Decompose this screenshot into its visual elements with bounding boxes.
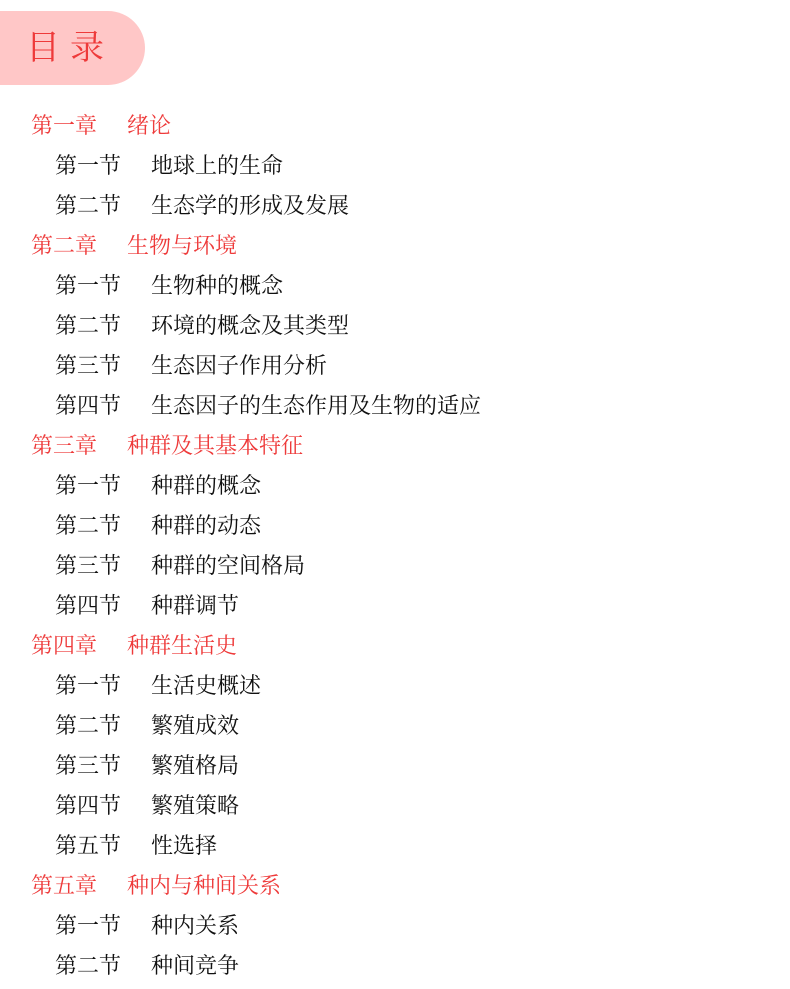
section-number: 第一节	[55, 667, 151, 707]
section-title: 种间竞争	[151, 954, 239, 979]
section-number: 第二节	[55, 307, 151, 347]
chapter-number: 第五章	[31, 867, 127, 907]
section-number: 第五节	[55, 827, 151, 867]
toc-chapter-3[interactable]: 第三章种群及其基本特征	[0, 427, 790, 467]
section-number: 第一节	[55, 267, 151, 307]
toc-section[interactable]: 第一节生活史概述	[0, 667, 790, 707]
chapter-title: 种群生活史	[127, 634, 237, 659]
section-number: 第二节	[55, 187, 151, 227]
toc-section[interactable]: 第三节繁殖格局	[0, 747, 790, 787]
toc-section[interactable]: 第二节生态学的形成及发展	[0, 187, 790, 227]
section-number: 第四节	[55, 587, 151, 627]
section-number: 第四节	[55, 387, 151, 427]
chapter-title: 绪论	[127, 114, 171, 139]
toc-section[interactable]: 第三节生态因子作用分析	[0, 347, 790, 387]
toc-section[interactable]: 第一节生物种的概念	[0, 267, 790, 307]
section-title: 种群调节	[151, 594, 239, 619]
toc-section[interactable]: 第一节种群的概念	[0, 467, 790, 507]
section-title: 环境的概念及其类型	[151, 314, 349, 339]
chapter-number: 第三章	[31, 427, 127, 467]
section-title: 生态因子作用分析	[151, 354, 327, 379]
chapter-title: 种内与种间关系	[127, 874, 281, 899]
toc-section[interactable]: 第二节繁殖成效	[0, 707, 790, 747]
toc-section[interactable]: 第二节种间竞争	[0, 947, 790, 987]
toc-section[interactable]: 第二节环境的概念及其类型	[0, 307, 790, 347]
chapter-number: 第二章	[31, 227, 127, 267]
toc-section[interactable]: 第一节种内关系	[0, 907, 790, 947]
section-number: 第一节	[55, 467, 151, 507]
section-number: 第二节	[55, 947, 151, 987]
chapter-number: 第四章	[31, 627, 127, 667]
toc-section[interactable]: 第四节种群调节	[0, 587, 790, 627]
section-title: 性选择	[151, 834, 217, 859]
section-number: 第四节	[55, 787, 151, 827]
chapter-title: 种群及其基本特征	[127, 434, 303, 459]
section-title: 地球上的生命	[151, 154, 283, 179]
section-title: 生活史概述	[151, 674, 261, 699]
table-of-contents: 第一章绪论 第一节地球上的生命 第二节生态学的形成及发展 第二章生物与环境 第一…	[0, 107, 790, 987]
section-number: 第三节	[55, 747, 151, 787]
toc-chapter-5[interactable]: 第五章种内与种间关系	[0, 867, 790, 907]
section-title: 种群的空间格局	[151, 554, 305, 579]
section-number: 第三节	[55, 347, 151, 387]
section-title: 繁殖成效	[151, 714, 239, 739]
section-title: 生态因子的生态作用及生物的适应	[151, 394, 481, 419]
section-title: 繁殖策略	[151, 794, 239, 819]
toc-section[interactable]: 第四节繁殖策略	[0, 787, 790, 827]
section-number: 第一节	[55, 907, 151, 947]
toc-chapter-1[interactable]: 第一章绪论	[0, 107, 790, 147]
section-number: 第二节	[55, 507, 151, 547]
toc-section[interactable]: 第五节性选择	[0, 827, 790, 867]
section-number: 第三节	[55, 547, 151, 587]
section-title: 生态学的形成及发展	[151, 194, 349, 219]
toc-section[interactable]: 第一节地球上的生命	[0, 147, 790, 187]
toc-section[interactable]: 第四节生态因子的生态作用及生物的适应	[0, 387, 790, 427]
toc-title-banner: 目录	[0, 11, 145, 85]
section-title: 生物种的概念	[151, 274, 283, 299]
section-title: 种群的动态	[151, 514, 261, 539]
section-title: 种群的概念	[151, 474, 261, 499]
toc-section[interactable]: 第三节种群的空间格局	[0, 547, 790, 587]
toc-chapter-4[interactable]: 第四章种群生活史	[0, 627, 790, 667]
page-title: 目录	[26, 31, 114, 65]
chapter-number: 第一章	[31, 107, 127, 147]
section-title: 繁殖格局	[151, 754, 239, 779]
section-number: 第二节	[55, 707, 151, 747]
toc-section[interactable]: 第二节种群的动态	[0, 507, 790, 547]
section-title: 种内关系	[151, 914, 239, 939]
chapter-title: 生物与环境	[127, 234, 237, 259]
section-number: 第一节	[55, 147, 151, 187]
toc-chapter-2[interactable]: 第二章生物与环境	[0, 227, 790, 267]
